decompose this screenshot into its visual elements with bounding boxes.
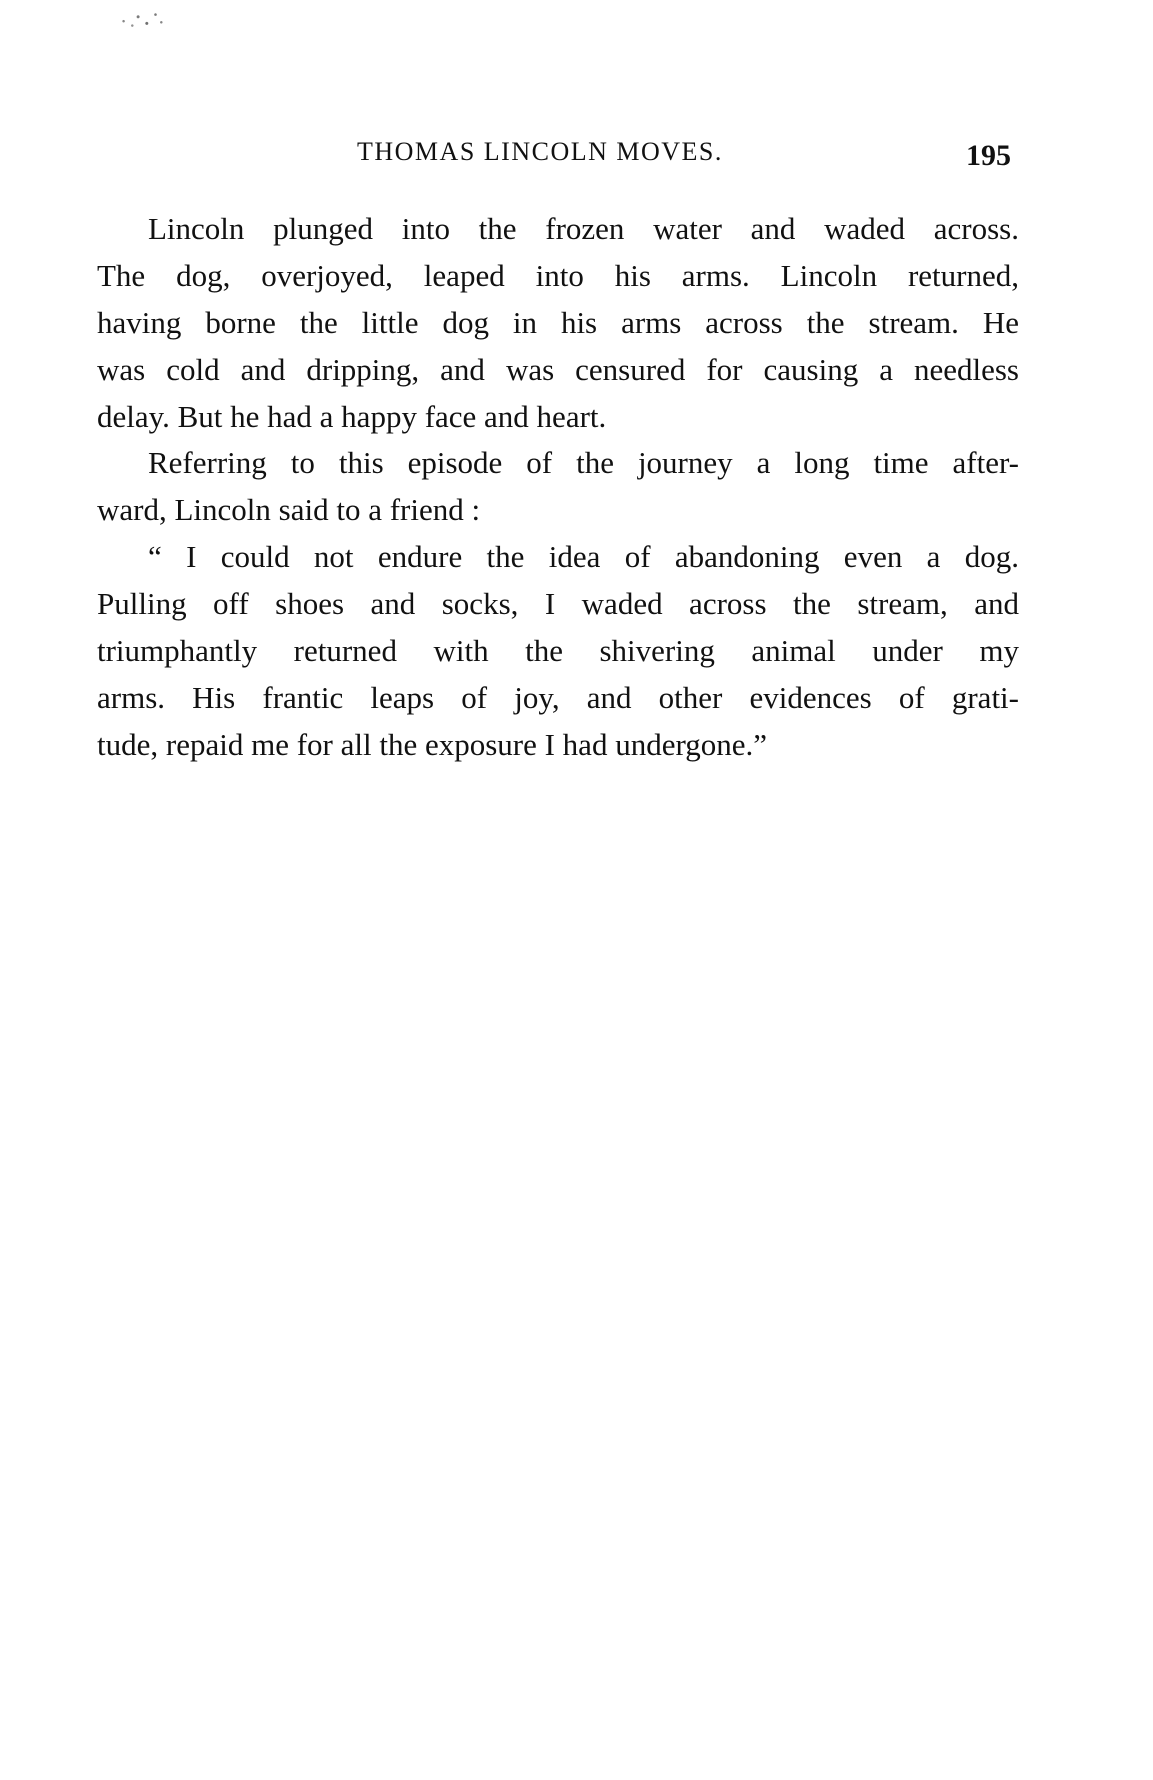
paragraph-3-quote: “ I could not endure the idea of abandon…	[97, 534, 1019, 768]
text-line: Lincoln plunged into the frozen water an…	[97, 206, 1019, 253]
running-head: THOMAS LINCOLN MOVES. 195	[0, 134, 1153, 170]
paragraph-2: Referring to this episode of the journey…	[97, 440, 1019, 534]
text-line: “ I could not endure the idea of abandon…	[97, 534, 1019, 581]
text-line: ward, Lincoln said to a friend :	[97, 487, 1019, 534]
text-line: tude, repaid me for all the exposure I h…	[97, 722, 1019, 769]
paragraph-1: Lincoln plunged into the frozen water an…	[97, 206, 1019, 440]
running-head-title: THOMAS LINCOLN MOVES.	[357, 134, 723, 170]
text-line: triumphantly returned with the shivering…	[97, 628, 1019, 675]
text-line: Referring to this episode of the journey…	[97, 440, 1019, 487]
text-line: delay. But he had a happy face and heart…	[97, 394, 1019, 441]
text-line: Pulling off shoes and socks, I waded acr…	[97, 581, 1019, 628]
book-page: THOMAS LINCOLN MOVES. 195 Lincoln plunge…	[0, 0, 1153, 1780]
text-line: was cold and dripping, and was censured …	[97, 347, 1019, 394]
scan-artifact	[112, 8, 170, 30]
text-line: The dog, overjoyed, leaped into his arms…	[97, 253, 1019, 300]
text-line: having borne the little dog in his arms …	[97, 300, 1019, 347]
page-number: 195	[966, 138, 1011, 174]
text-line: arms. His frantic leaps of joy, and othe…	[97, 675, 1019, 722]
body-text: Lincoln plunged into the frozen water an…	[97, 206, 1019, 769]
